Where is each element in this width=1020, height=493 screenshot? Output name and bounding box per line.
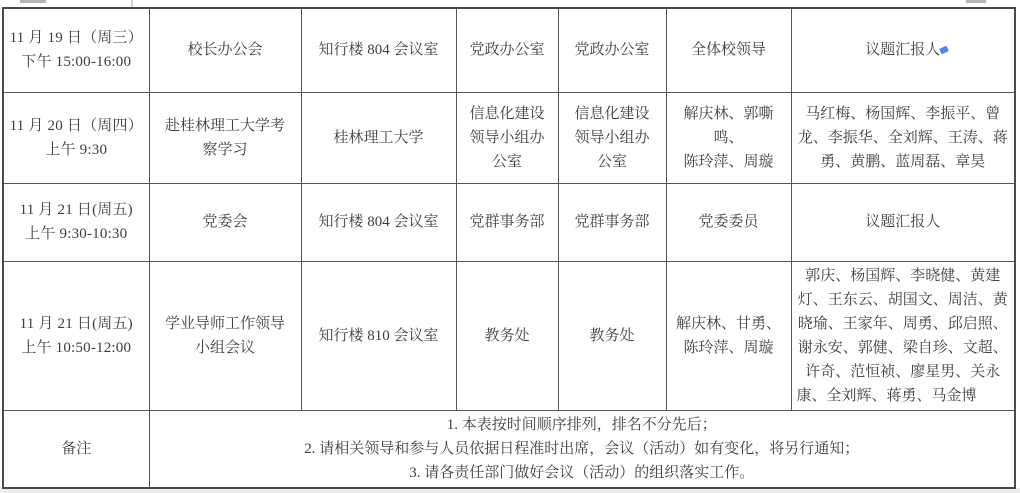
cell-participants: 马红梅、杨国辉、李振平、曾龙、李振华、全刘辉、王涛、蒋勇、黄鹏、蓝周磊、章昊 [791, 92, 1015, 183]
table-row: 11 月 20 日（周四） 上午 9:30 赴桂林理工大学考 察学习 桂林理工大… [3, 92, 1015, 183]
cell-location: 知行楼 804 会议室 [301, 8, 456, 92]
cell-event: 学业导师工作领导 小组会议 [149, 261, 301, 410]
scan-artifact-top-left [20, 0, 46, 3]
table-row: 11 月 21 日(周五) 上午 9:30-10:30 党委会 知行楼 804 … [3, 183, 1015, 261]
cell-date: 11 月 21 日(周五) 上午 9:30-10:30 [3, 183, 149, 261]
cell-leaders: 党委委员 [666, 183, 791, 261]
table-row: 11 月 21 日(周五) 上午 10:50-12:00 学业导师工作领导 小组… [3, 261, 1015, 410]
cell-location: 知行楼 810 会议室 [301, 261, 456, 410]
cell-leaders: 全体校领导 [666, 8, 791, 92]
cell-host-dept: 教务处 [456, 261, 558, 410]
cell-host-dept: 信息化建设 领导小组办 公室 [456, 92, 558, 183]
remark-line-2: 2. 请相关领导和参与人员依据日程准时出席，会议（活动）如有变化，将另行通知； [155, 437, 1010, 461]
remark-line-1: 1. 本表按时间顺序排列，排名不分先后； [155, 413, 1010, 437]
cell-participants: 郭庆、杨国辉、李晓健、黄建灯、王东云、胡国文、周洁、黄晓瑜、王家年、周勇、邱启照… [791, 261, 1015, 410]
cell-duty-dept: 信息化建设 领导小组办 公室 [558, 92, 666, 183]
table-row: 11 月 19 日（周三） 下午 15:00-16:00 校长办公会 知行楼 8… [3, 8, 1015, 92]
remark-row: 备注 1. 本表按时间顺序排列，排名不分先后； 2. 请相关领导和参与人员依据日… [3, 410, 1015, 488]
cell-location: 知行楼 804 会议室 [301, 183, 456, 261]
cell-date: 11 月 20 日（周四） 上午 9:30 [3, 92, 149, 183]
remark-label: 备注 [3, 410, 149, 488]
cell-date: 11 月 21 日(周五) 上午 10:50-12:00 [3, 261, 149, 410]
cell-duty-dept: 党群事务部 [558, 183, 666, 261]
meeting-schedule-table: 11 月 19 日（周三） 下午 15:00-16:00 校长办公会 知行楼 8… [2, 7, 1016, 489]
cell-event: 党委会 [149, 183, 301, 261]
remark-line-3: 3. 请各责任部门做好会议（活动）的组织落实工作。 [155, 461, 1010, 485]
cell-duty-dept: 教务处 [558, 261, 666, 410]
cell-host-dept: 党群事务部 [456, 183, 558, 261]
cell-leaders: 解庆林、郭嘶鸣、 陈玲萍、周璇 [666, 92, 791, 183]
cell-date: 11 月 19 日（周三） 下午 15:00-16:00 [3, 8, 149, 92]
cell-location: 桂林理工大学 [301, 92, 456, 183]
remark-content: 1. 本表按时间顺序排列，排名不分先后； 2. 请相关领导和参与人员依据日程准时… [149, 410, 1015, 488]
cell-leaders: 解庆林、甘勇、 陈玲萍、周璇 [666, 261, 791, 410]
cell-host-dept: 党政办公室 [456, 8, 558, 92]
cell-participants: 议题汇报人 [791, 183, 1015, 261]
cell-duty-dept: 党政办公室 [558, 8, 666, 92]
cell-event: 赴桂林理工大学考 察学习 [149, 92, 301, 183]
cell-event: 校长办公会 [149, 8, 301, 92]
cell-participants: 议题汇报人 [791, 8, 1015, 92]
page-bottom-edge [0, 488, 1020, 493]
scan-artifact-top-right [966, 0, 986, 3]
